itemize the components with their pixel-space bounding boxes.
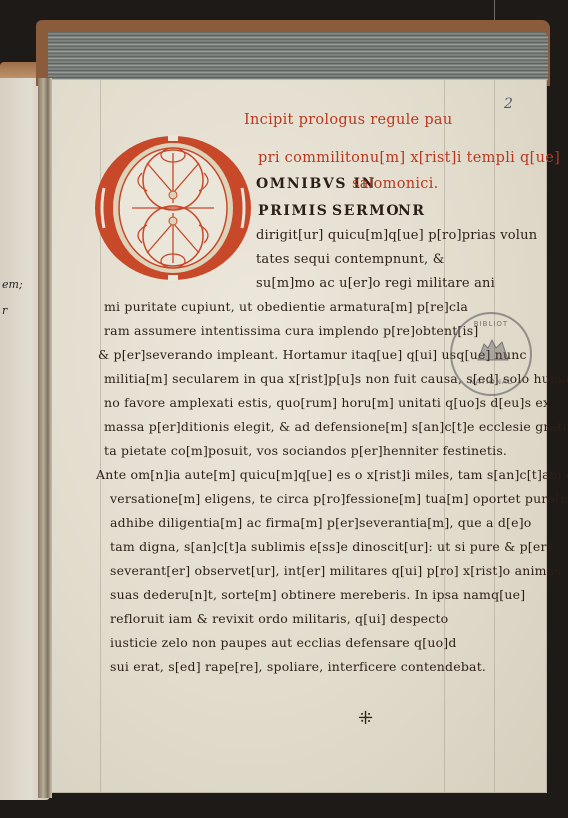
- caps-line: SERMO: [332, 203, 400, 219]
- text-line: versatione[m] eligens, te circa p[ro]fes…: [110, 491, 568, 506]
- text-line: severant[er] observet[ur], int[er] milit…: [110, 563, 561, 578]
- book-gutter: [38, 78, 52, 798]
- text-line: ram assumere intentissima cura implendo …: [104, 323, 478, 338]
- text-line: no favore amplexati estis, quo[rum] horu…: [104, 395, 550, 410]
- ruling-line: [444, 80, 445, 792]
- text-line: refloruit iam & revixit ordo militaris, …: [110, 611, 448, 626]
- caps-line: NR: [398, 203, 426, 219]
- text-line: ta pietate co[m]posuit, vos sociandos p[…: [104, 443, 507, 458]
- text-line: sui erat, s[ed] rape[re], spoliare, inte…: [110, 659, 486, 674]
- text-line: suas dederu[n]t, sorte[m] obtinere mereb…: [110, 587, 525, 602]
- ruling-line: [494, 80, 495, 792]
- stamp-top-text: BIBLIOT: [452, 320, 530, 328]
- text-line: massa p[er]ditionis elegit, & ad defensi…: [104, 419, 568, 434]
- left-page-fragment: em;: [2, 278, 23, 291]
- illuminated-initial-o-icon: [92, 133, 254, 283]
- end-mark-icon: ⁜: [358, 708, 373, 729]
- library-stamp: BIBLIOT NATIONAL: [450, 312, 532, 396]
- text-line: iusticie zelo non paupes aut ecclias def…: [110, 635, 457, 650]
- rubric-line: pri commilitonu[m] x[rist]i templi q[ue]: [258, 150, 560, 166]
- text-line: tates sequi contempnunt, &: [256, 252, 444, 267]
- text-line: su[m]mo ac u[er]o regi militare ani: [256, 276, 495, 291]
- stamp-bottom-text: NATIONAL: [452, 378, 530, 386]
- text-line: adhibe diligentia[m] ac firma[m] p[er]se…: [110, 515, 532, 530]
- left-page-fragment: r: [2, 304, 7, 317]
- caps-line: PRIMIS: [258, 203, 328, 219]
- stamp-figure-icon: [474, 334, 512, 364]
- folio-number: 2: [504, 96, 513, 112]
- text-line: Ante om[n]ia aute[m] quicu[m]q[ue] es o …: [96, 467, 568, 482]
- text-line: mi puritate cupiunt, ut obedientie armat…: [104, 299, 468, 314]
- rubric-line: salomonici.: [352, 176, 439, 192]
- text-line: dirigit[ur] quicu[m]q[ue] p[ro]prias vol…: [256, 228, 537, 243]
- rubric-line: Incipit prologus regule pau: [244, 112, 453, 128]
- text-line: tam digna, s[an]c[t]a sublimis e[ss]e di…: [110, 539, 552, 554]
- page-edges: [48, 32, 548, 82]
